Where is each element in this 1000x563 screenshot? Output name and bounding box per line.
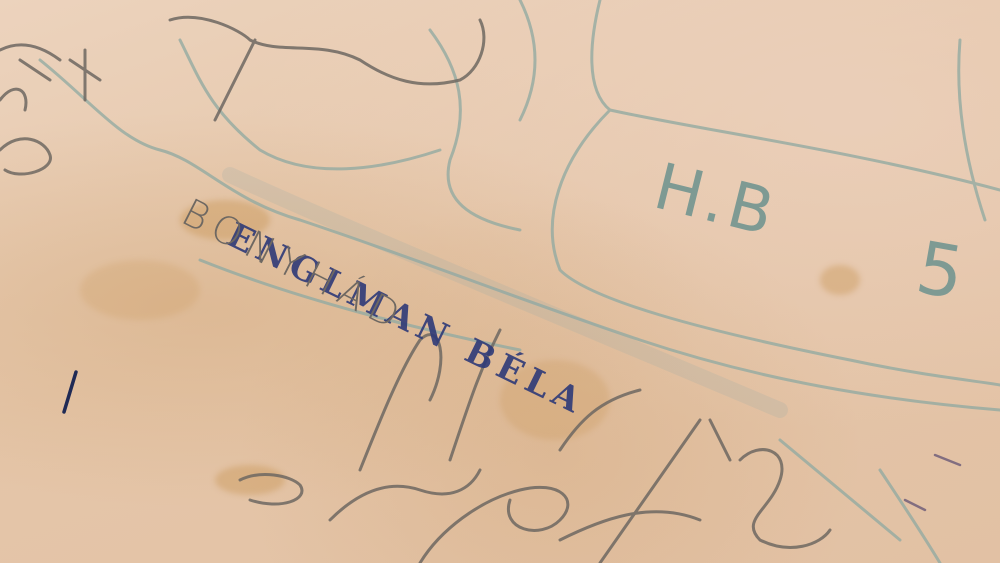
mirrored-stamp-region: ENGLMAN BÉLA [595, 0, 1000, 200]
